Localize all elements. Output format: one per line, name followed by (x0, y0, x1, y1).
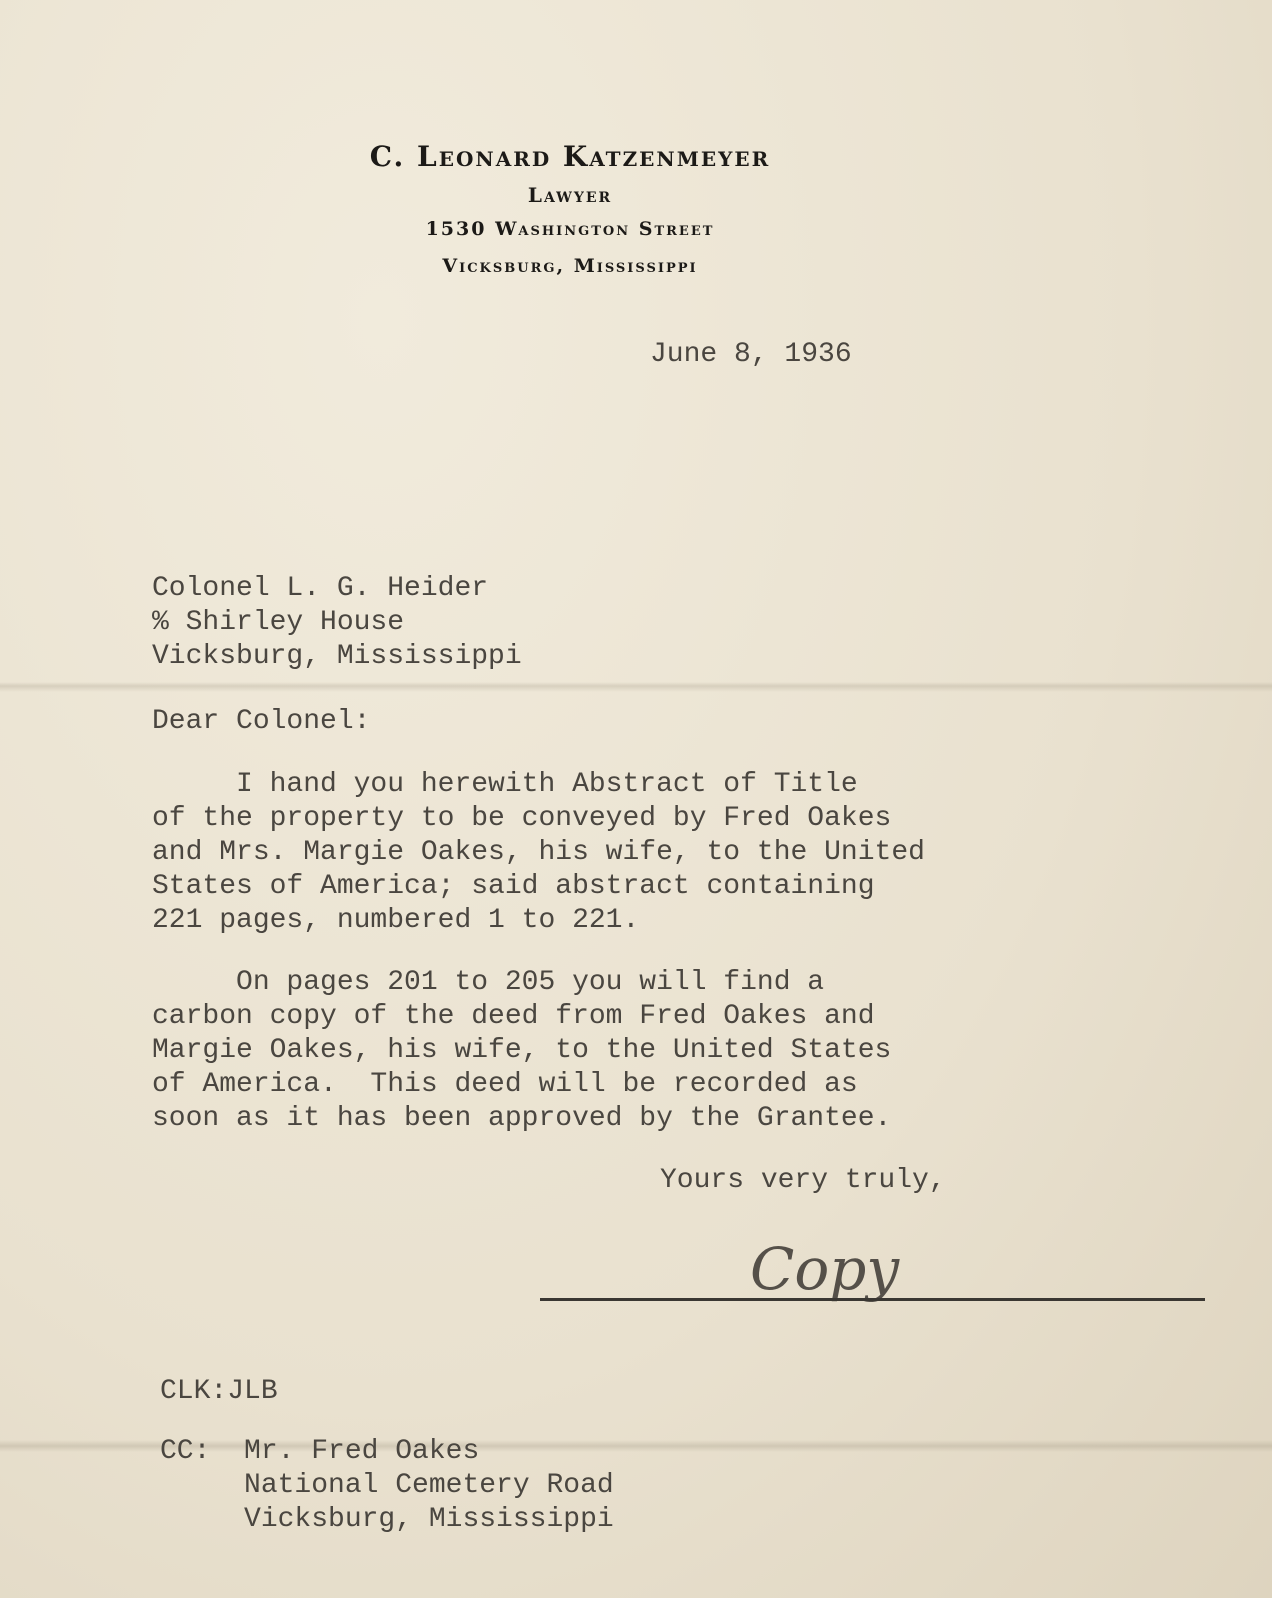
recipient-line-3: Vicksburg, Mississippi (152, 641, 522, 672)
signature-line (540, 1298, 1205, 1301)
carbon-copy-block: CC: Mr. Fred Oakes National Cemetery Roa… (160, 1435, 614, 1537)
closing: Yours very truly, (660, 1164, 946, 1198)
body-paragraph-1: I hand you herewith Abstract of Title of… (152, 768, 925, 938)
handwritten-signature: Copy (750, 1235, 899, 1303)
body-paragraph-2: On pages 201 to 205 you will find a carb… (152, 966, 891, 1136)
letterhead-city: Vicksburg, Mississippi (0, 255, 1140, 277)
recipient-address: Colonel L. G. Heider % Shirley House Vic… (152, 572, 522, 674)
recipient-line-1: Colonel L. G. Heider (152, 573, 488, 604)
letterhead-name: C. Leonard Katzenmeyer (0, 140, 1140, 173)
reference-initials: CLK:JLB (160, 1375, 278, 1409)
salutation: Dear Colonel: (152, 705, 370, 739)
recipient-line-2: % Shirley House (152, 607, 404, 638)
letterhead-title: Lawyer (0, 183, 1140, 207)
letter-page: C. Leonard Katzenmeyer Lawyer 1530 Washi… (0, 0, 1272, 1598)
letter-date: June 8, 1936 (650, 338, 852, 372)
letterhead-street: 1530 Washington Street (0, 218, 1140, 240)
